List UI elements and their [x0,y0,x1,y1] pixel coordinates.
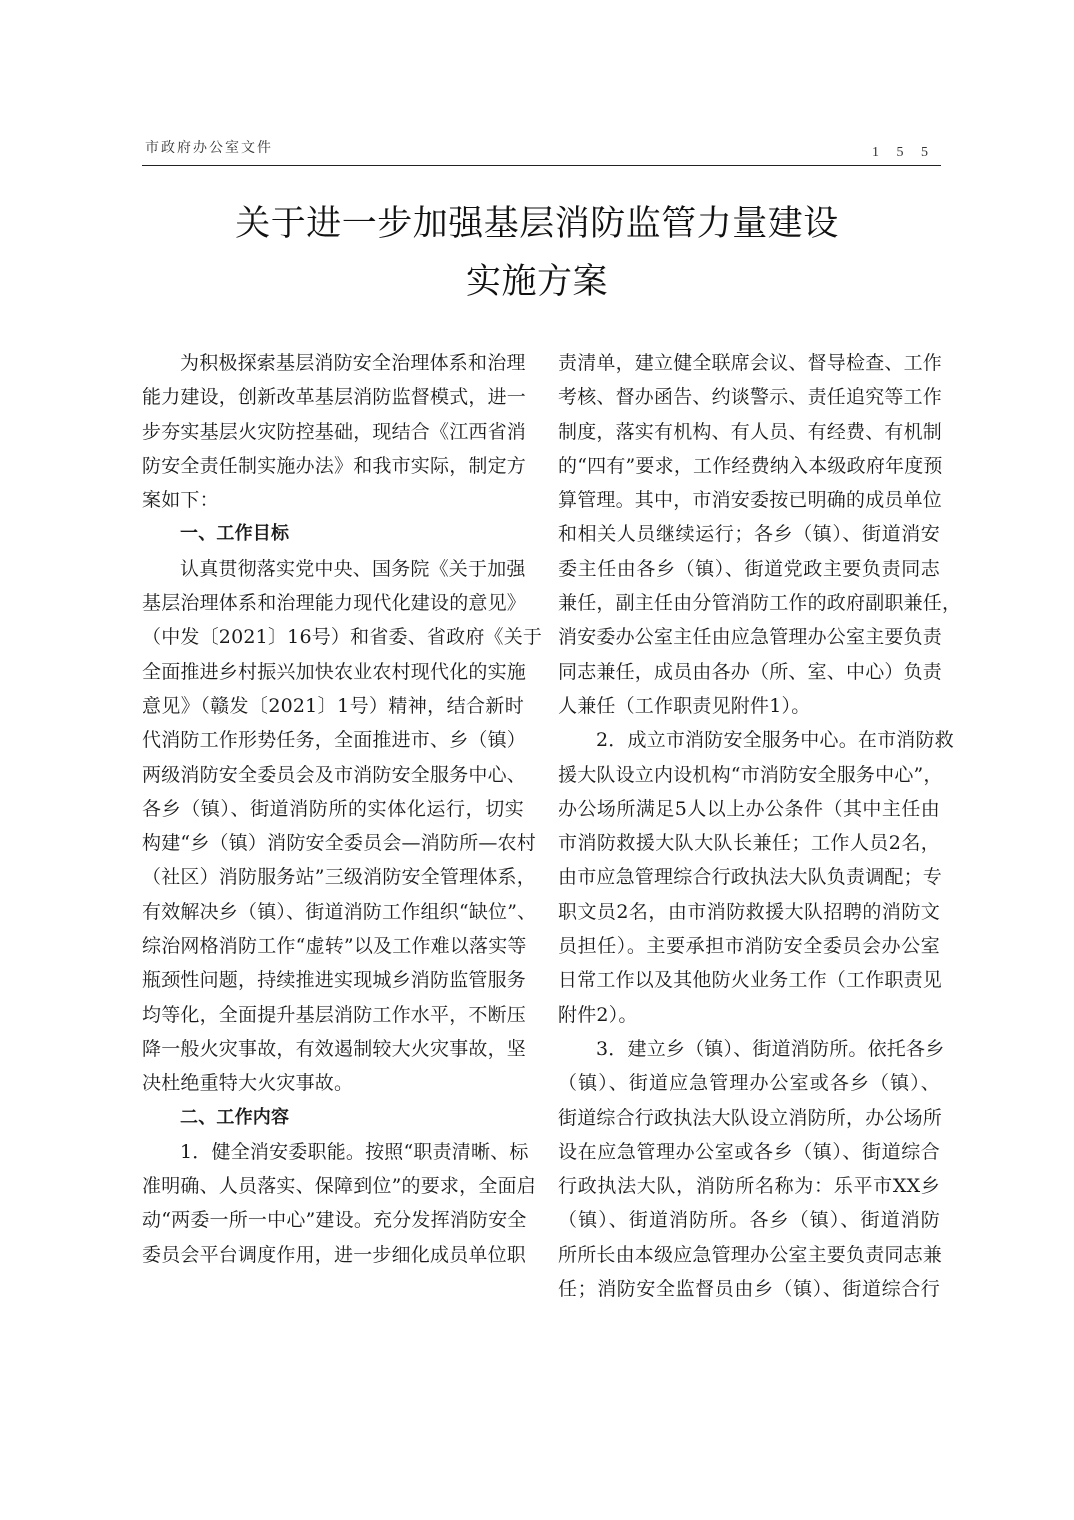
text-line: 行政执法大队，消防所名称为：乐平市XX乡 [558,1169,940,1203]
text-line: 消安委办公室主任由应急管理办公室主要负责 [558,620,940,654]
text-line: 街道综合行政执法大队设立消防所，办公场所 [558,1101,940,1135]
text-line: 案如下： [142,483,524,517]
text-line: 代消防工作形势任务，全面推进市、乡（镇） [142,723,524,757]
text-line: 基层治理体系和治理能力现代化建设的意见》 [142,586,524,620]
text-line: 两级消防安全委员会及市消防安全服务中心、 [142,758,524,792]
document-title-line-1: 关于进一步加强基层消防监管力量建设 [0,196,1074,246]
text-line: 职文员2名，由市消防救援大队招聘的消防文 [558,895,940,929]
text-line: 构建“乡（镇）消防安全委员会—消防所—农村 [142,826,524,860]
text-line: （镇）、街道应急管理办公室或各乡（镇）、 [558,1066,940,1100]
text-line: 人兼任（工作职责见附件1）。 [558,689,940,723]
text-line: 委员会平台调度作用，进一步细化成员单位职 [142,1238,524,1272]
left-column: 为积极探索基层消防安全治理体系和治理能力建设，创新改革基层消防监督模式，进一步夯… [142,346,524,1272]
text-line: 综治网格消防工作“虚转”以及工作难以落实等 [142,929,524,963]
text-line: 考核、督办函告、约谈警示、责任追究等工作 [558,380,940,414]
text-line: 援大队设立内设机构“市消防安全服务中心”， [558,758,940,792]
text-line: 有效解决乡（镇）、街道消防工作组织“缺位”、 [142,895,524,929]
text-line: 设在应急管理办公室或各乡（镇）、街道综合 [558,1135,940,1169]
section-heading: 一、工作目标 [142,517,524,551]
text-line: 全面推进乡村振兴加快农业农村现代化的实施 [142,655,524,689]
text-line: （镇）、街道消防所。各乡（镇）、街道消防 [558,1203,940,1237]
text-line: 1．健全消安委职能。按照“职责清晰、标 [142,1135,524,1169]
text-line: 委主任由各乡（镇）、街道党政主要负责同志 [558,552,940,586]
text-line: 3．建立乡（镇）、街道消防所。依托各乡 [558,1032,940,1066]
text-line: 办公场所满足5人以上办公条件（其中主任由 [558,792,940,826]
text-line: 附件2）。 [558,998,940,1032]
text-line: 决杜绝重特大火灾事故。 [142,1066,524,1100]
text-line: 任；消防安全监督员由乡（镇）、街道综合行 [558,1272,940,1306]
text-line: 的“四有”要求，工作经费纳入本级政府年度预 [558,449,940,483]
text-line: 同志兼任，成员由各办（所、室、中心）负责 [558,655,940,689]
text-line: 所所长由本级应急管理办公室主要负责同志兼 [558,1238,940,1272]
text-line: （中发〔2021〕16号）和省委、省政府《关于 [142,620,524,654]
text-line: 动“两委一所一中心”建设。充分发挥消防安全 [142,1203,524,1237]
text-line: （社区）消防服务站”三级消防安全管理体系， [142,860,524,894]
text-line: 降一般火灾事故，有效遏制较大火灾事故，坚 [142,1032,524,1066]
text-line: 准明确、人员落实、保障到位”的要求，全面启 [142,1169,524,1203]
text-line: 兼任，副主任由分管消防工作的政府副职兼任， [558,586,940,620]
section-heading: 二、工作内容 [142,1101,524,1135]
header-divider [142,165,941,166]
text-line: 由市应急管理综合行政执法大队负责调配；专 [558,860,940,894]
text-line: 员担任）。主要承担市消防安全委员会办公室 [558,929,940,963]
text-line: 2．成立市消防安全服务中心。在市消防救 [558,723,940,757]
text-line: 责清单，建立健全联席会议、督导检查、工作 [558,346,940,380]
text-line: 日常工作以及其他防火业务工作（工作职责见 [558,963,940,997]
text-line: 瓶颈性问题，持续推进实现城乡消防监管服务 [142,963,524,997]
text-line: 认真贯彻落实党中央、国务院《关于加强 [142,552,524,586]
text-line: 算管理。其中，市消安委按已明确的成员单位 [558,483,940,517]
text-line: 各乡（镇）、街道消防所的实体化运行，切实 [142,792,524,826]
text-line: 步夯实基层火灾防控基础，现结合《江西省消 [142,415,524,449]
text-line: 防安全责任制实施办法》和我市实际，制定方 [142,449,524,483]
text-line: 市消防救援大队大队长兼任；工作人员2名， [558,826,940,860]
text-line: 均等化，全面提升基层消防工作水平，不断压 [142,998,524,1032]
document-title-line-2: 实施方案 [0,254,1074,304]
text-line: 能力建设，创新改革基层消防监督模式，进一 [142,380,524,414]
page-number: 1 5 5 [872,145,935,161]
text-line: 和相关人员继续运行；各乡（镇）、街道消安 [558,517,940,551]
text-line: 意见》（赣发〔2021〕1号）精神，结合新时 [142,689,524,723]
text-line: 制度，落实有机构、有人员、有经费、有机制 [558,415,940,449]
running-title: 市政府办公室文件 [145,137,273,157]
right-column: 责清单，建立健全联席会议、督导检查、工作考核、督办函告、约谈警示、责任追究等工作… [558,346,940,1306]
text-line: 为积极探索基层消防安全治理体系和治理 [142,346,524,380]
